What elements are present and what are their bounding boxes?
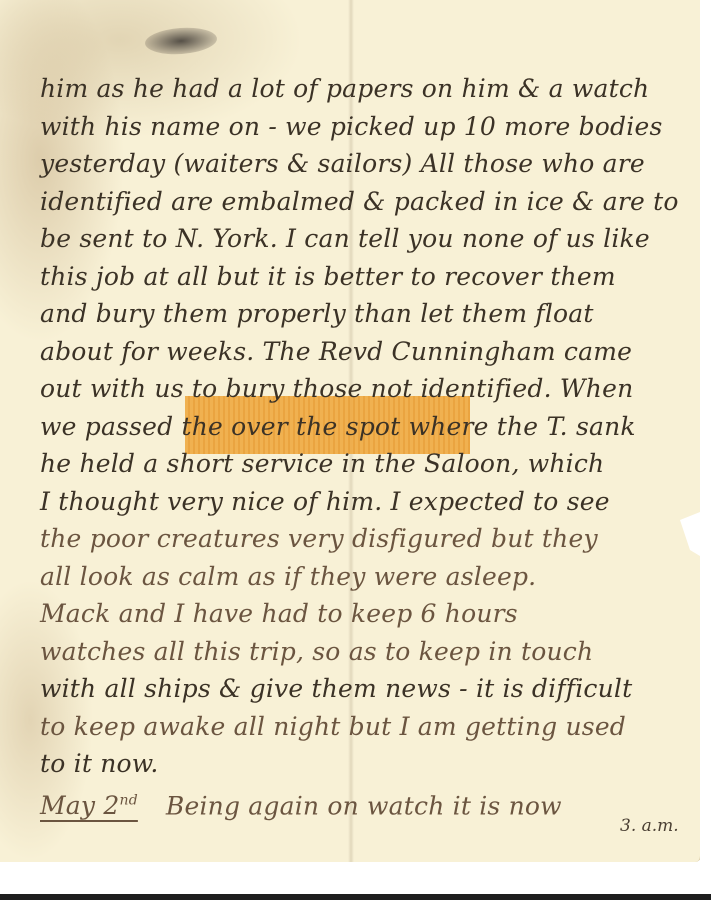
letter-line: with all ships & give them news - it is … xyxy=(40,670,700,708)
letter-line: to keep awake all night but I am getting… xyxy=(40,708,700,746)
letter-line: yesterday (waiters & sailors) All those … xyxy=(40,145,700,183)
ink-stain xyxy=(144,26,218,57)
letter-line: be sent to N. York. I can tell you none … xyxy=(40,220,700,258)
letter-line: to it now. xyxy=(40,745,700,783)
date-heading: May 2nd xyxy=(40,791,138,820)
letter-line: about for weeks. The Revd Cunningham cam… xyxy=(40,333,700,371)
letter-line: identified are embalmed & packed in ice … xyxy=(40,183,700,221)
letter-page: him as he had a lot of papers on him & a… xyxy=(0,0,701,862)
letter-body: him as he had a lot of papers on him & a… xyxy=(40,70,700,820)
letter-line: the poor creatures very disfigured but t… xyxy=(40,520,700,558)
date-heading-line: May 2ndBeing again on watch it is now xyxy=(40,783,700,821)
letter-line: I thought very nice of him. I expected t… xyxy=(40,483,700,521)
date-line-text: Being again on watch it is now xyxy=(166,791,562,820)
date-text: May 2 xyxy=(40,791,119,820)
letter-line: he held a short service in the Saloon, w… xyxy=(40,445,700,483)
letter-line: watches all this trip, so as to keep in … xyxy=(40,633,700,671)
letter-line: Mack and I have had to keep 6 hours xyxy=(40,595,700,633)
letter-line: him as he had a lot of papers on him & a… xyxy=(40,70,700,108)
letter-line: we passed the over the spot where the T.… xyxy=(40,408,700,446)
date-suffix: nd xyxy=(119,793,137,809)
letter-line: and bury them properly than let them flo… xyxy=(40,295,700,333)
time-note: 3. a.m. xyxy=(620,816,679,836)
letter-line: out with us to bury those not identified… xyxy=(40,370,700,408)
letter-line: all look as calm as if they were asleep. xyxy=(40,558,700,596)
letter-line: this job at all but it is better to reco… xyxy=(40,258,700,296)
letter-line: with his name on - we picked up 10 more … xyxy=(40,108,700,146)
bottom-border xyxy=(0,894,711,900)
